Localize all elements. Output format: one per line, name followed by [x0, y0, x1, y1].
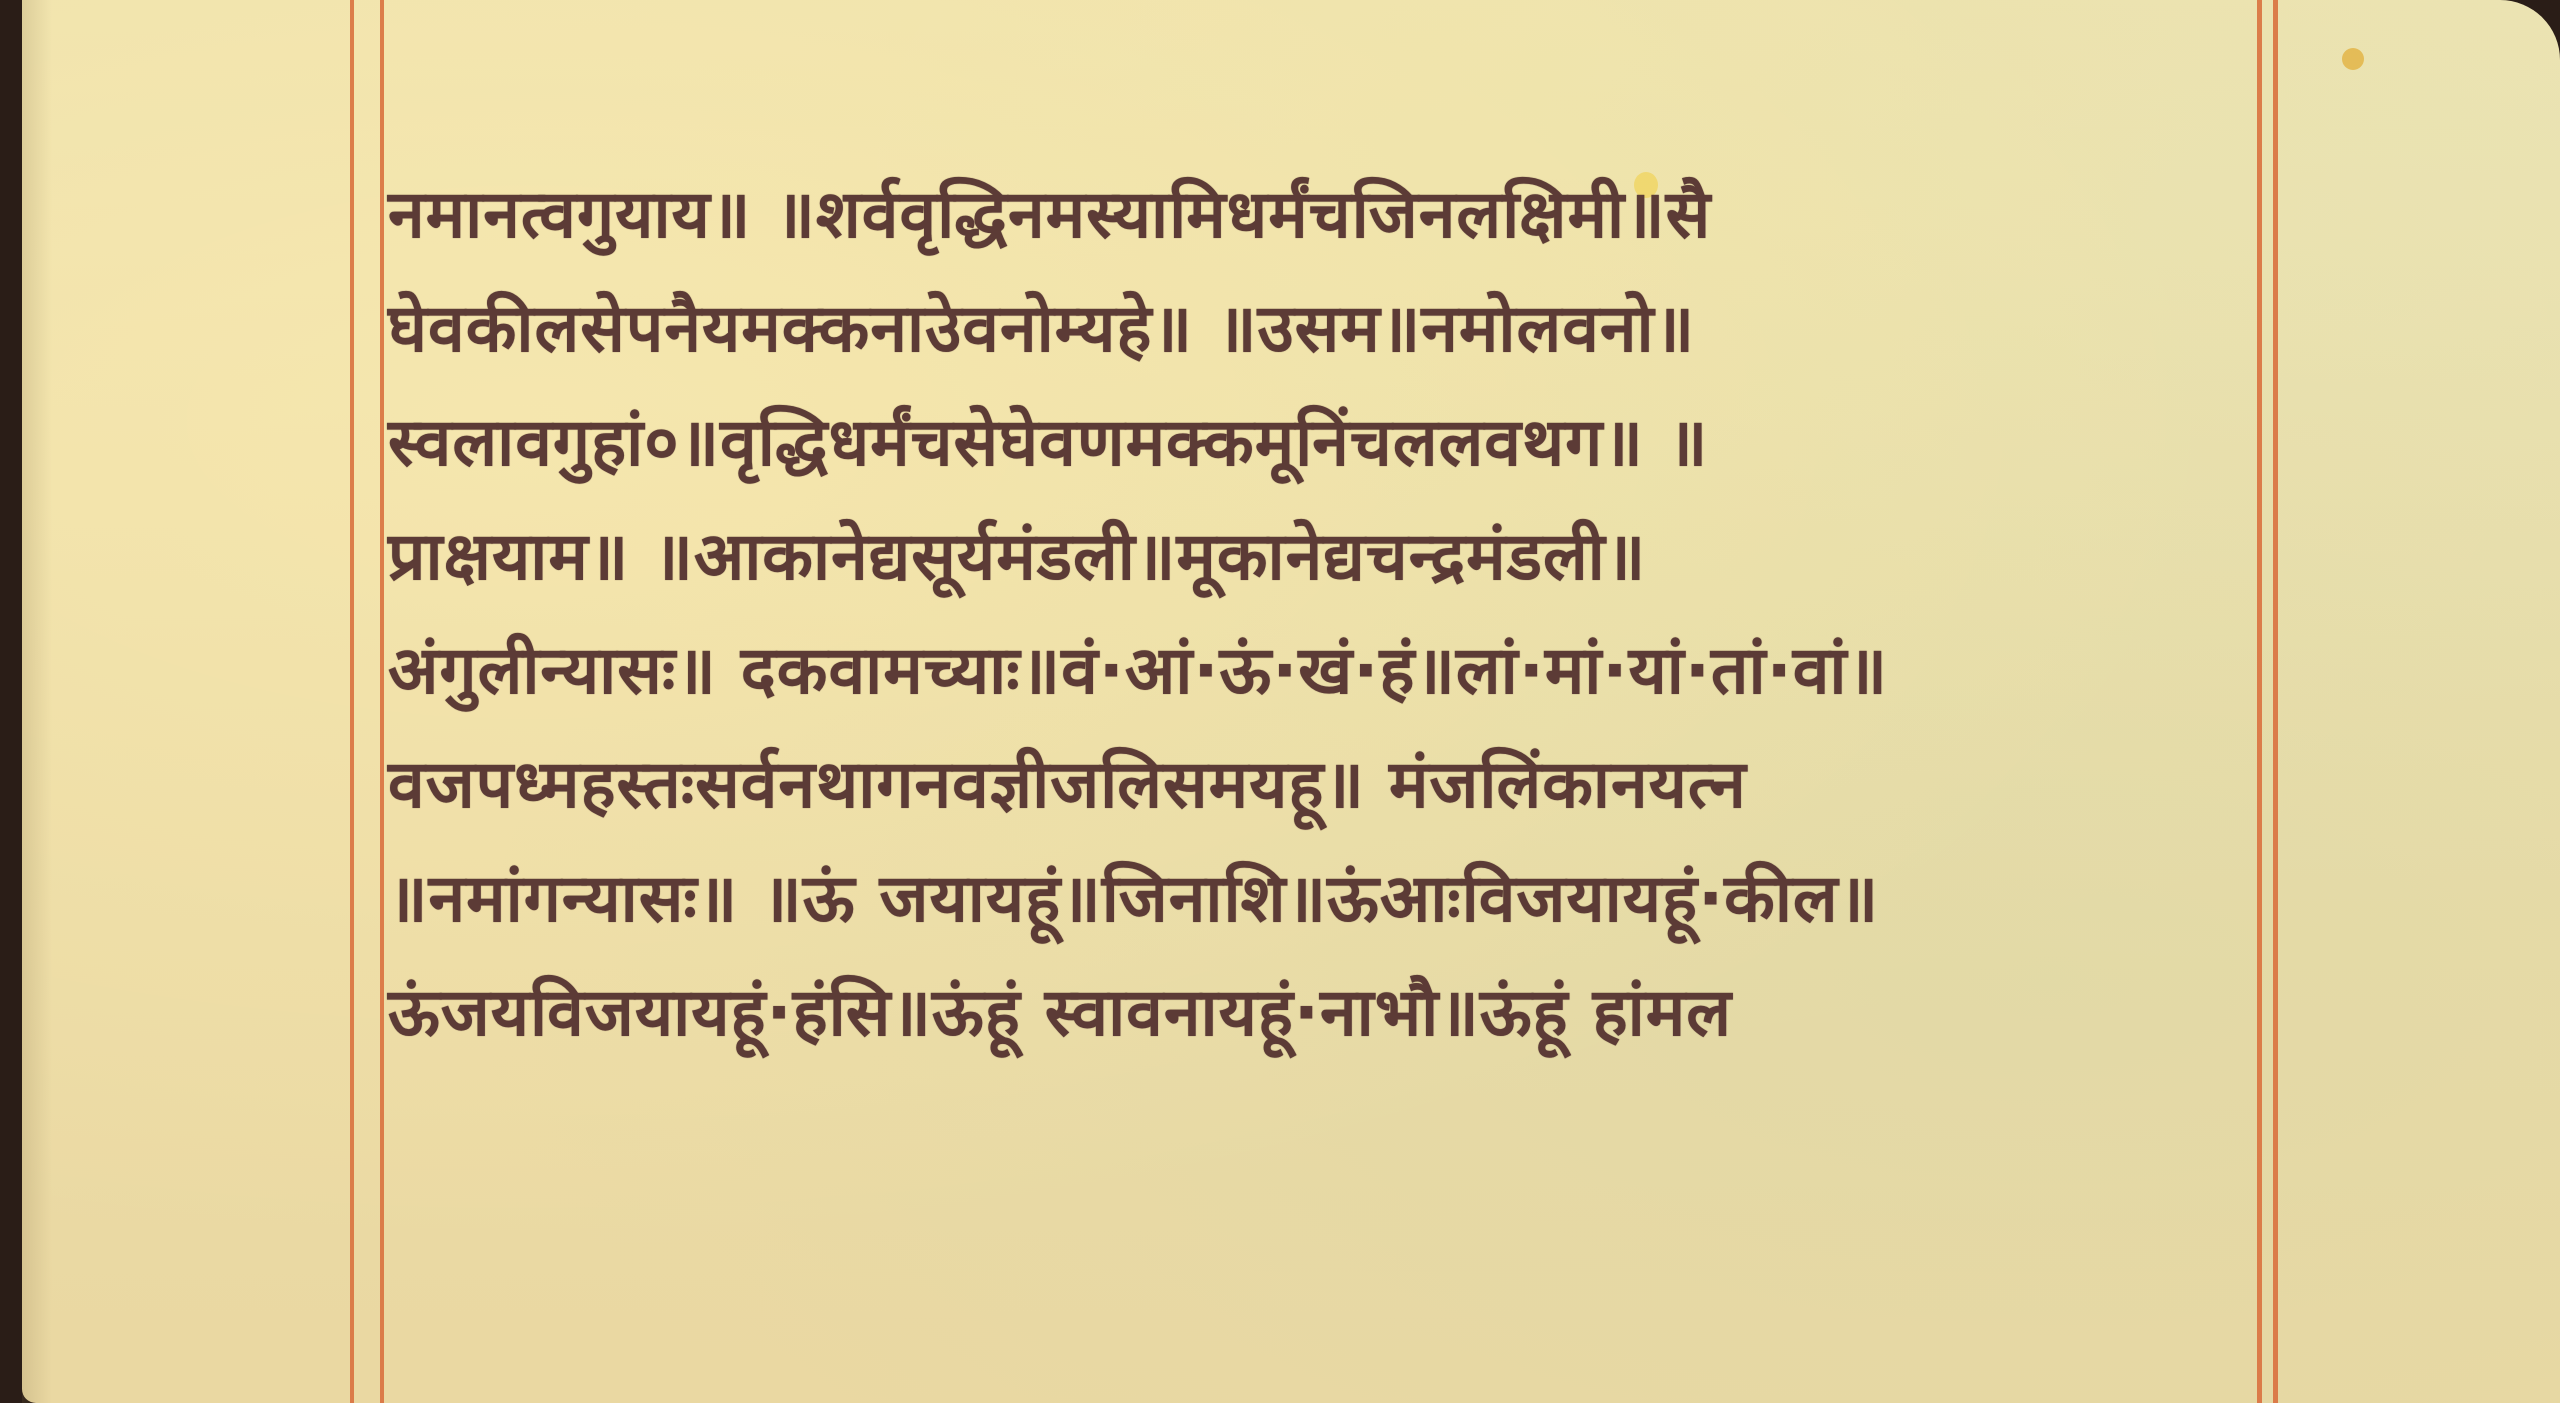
line-text: अंगुलीन्यासः॥ दकवामच्याः॥वं·आं·ऊं·खं·हं॥…: [388, 623, 1888, 713]
manuscript-text-block: नमानत्वगुयाय॥ ॥शर्ववृद्धिनमस्यामिधर्मंचज…: [388, 155, 2258, 1067]
line-text: वजपध्महस्तःसर्वनथागनवज्ञीजलिसमयहू॥ मंजलि…: [388, 737, 1747, 827]
manuscript-line-3: स्वलावगुहां०॥वृद्धिधर्मंचसेघेवणमक्कमूनिं…: [388, 383, 2258, 497]
manuscript-line-6: वजपध्महस्तःसर्वनथागनवज्ञीजलिसमयहू॥ मंजलि…: [388, 725, 2258, 839]
line-text: प्राक्षयाम॥ ॥आकानेद्यसूर्यमंडली॥मूकानेद्…: [388, 509, 1646, 599]
manuscript-line-5: अंगुलीन्यासः॥ दकवामच्याः॥वं·आं·ऊं·खं·हं॥…: [388, 611, 2258, 725]
line-text: ऊंजयविजयायहूं·हंसि॥ऊंहूं स्वावनायहूं·नाभ…: [388, 965, 1732, 1055]
manuscript-line-7: ॥नमांगन्यासः॥ ॥ऊं जयायहूं॥जिनाशि॥ऊंआःविज…: [388, 839, 2258, 953]
line-text: स्वलावगुहां०॥वृद्धिधर्मंचसेघेवणमक्कमूनिं…: [388, 395, 1708, 485]
line-text: नमानत्वगुयाय॥ ॥शर्ववृद्धिनमस्यामिधर्मंचज…: [388, 167, 1711, 257]
manuscript-line-1: नमानत्वगुयाय॥ ॥शर्ववृद्धिनमस्यामिधर्मंचज…: [388, 155, 2258, 269]
left-margin-rule-inner: [380, 0, 384, 1403]
line-text: घेवकीलसेपनैयमक्कनाउेवनोम्यहे॥ ॥उसम॥नमोलव…: [388, 281, 1695, 371]
right-margin-rule-outer: [2273, 0, 2278, 1403]
left-margin-rule-outer: [350, 0, 354, 1403]
ochre-stain: [2342, 48, 2364, 70]
manuscript-line-4: प्राक्षयाम॥ ॥आकानेद्यसूर्यमंडली॥मूकानेद्…: [388, 497, 2258, 611]
manuscript-line-8: ऊंजयविजयायहूं·हंसि॥ऊंहूं स्वावनायहूं·नाभ…: [388, 953, 2258, 1067]
line-text: ॥नमांगन्यासः॥ ॥ऊं जयायहूं॥जिनाशि॥ऊंआःविज…: [388, 851, 1879, 941]
manuscript-line-2: घेवकीलसेपनैयमक्कनाउेवनोम्यहे॥ ॥उसम॥नमोलव…: [388, 269, 2258, 383]
